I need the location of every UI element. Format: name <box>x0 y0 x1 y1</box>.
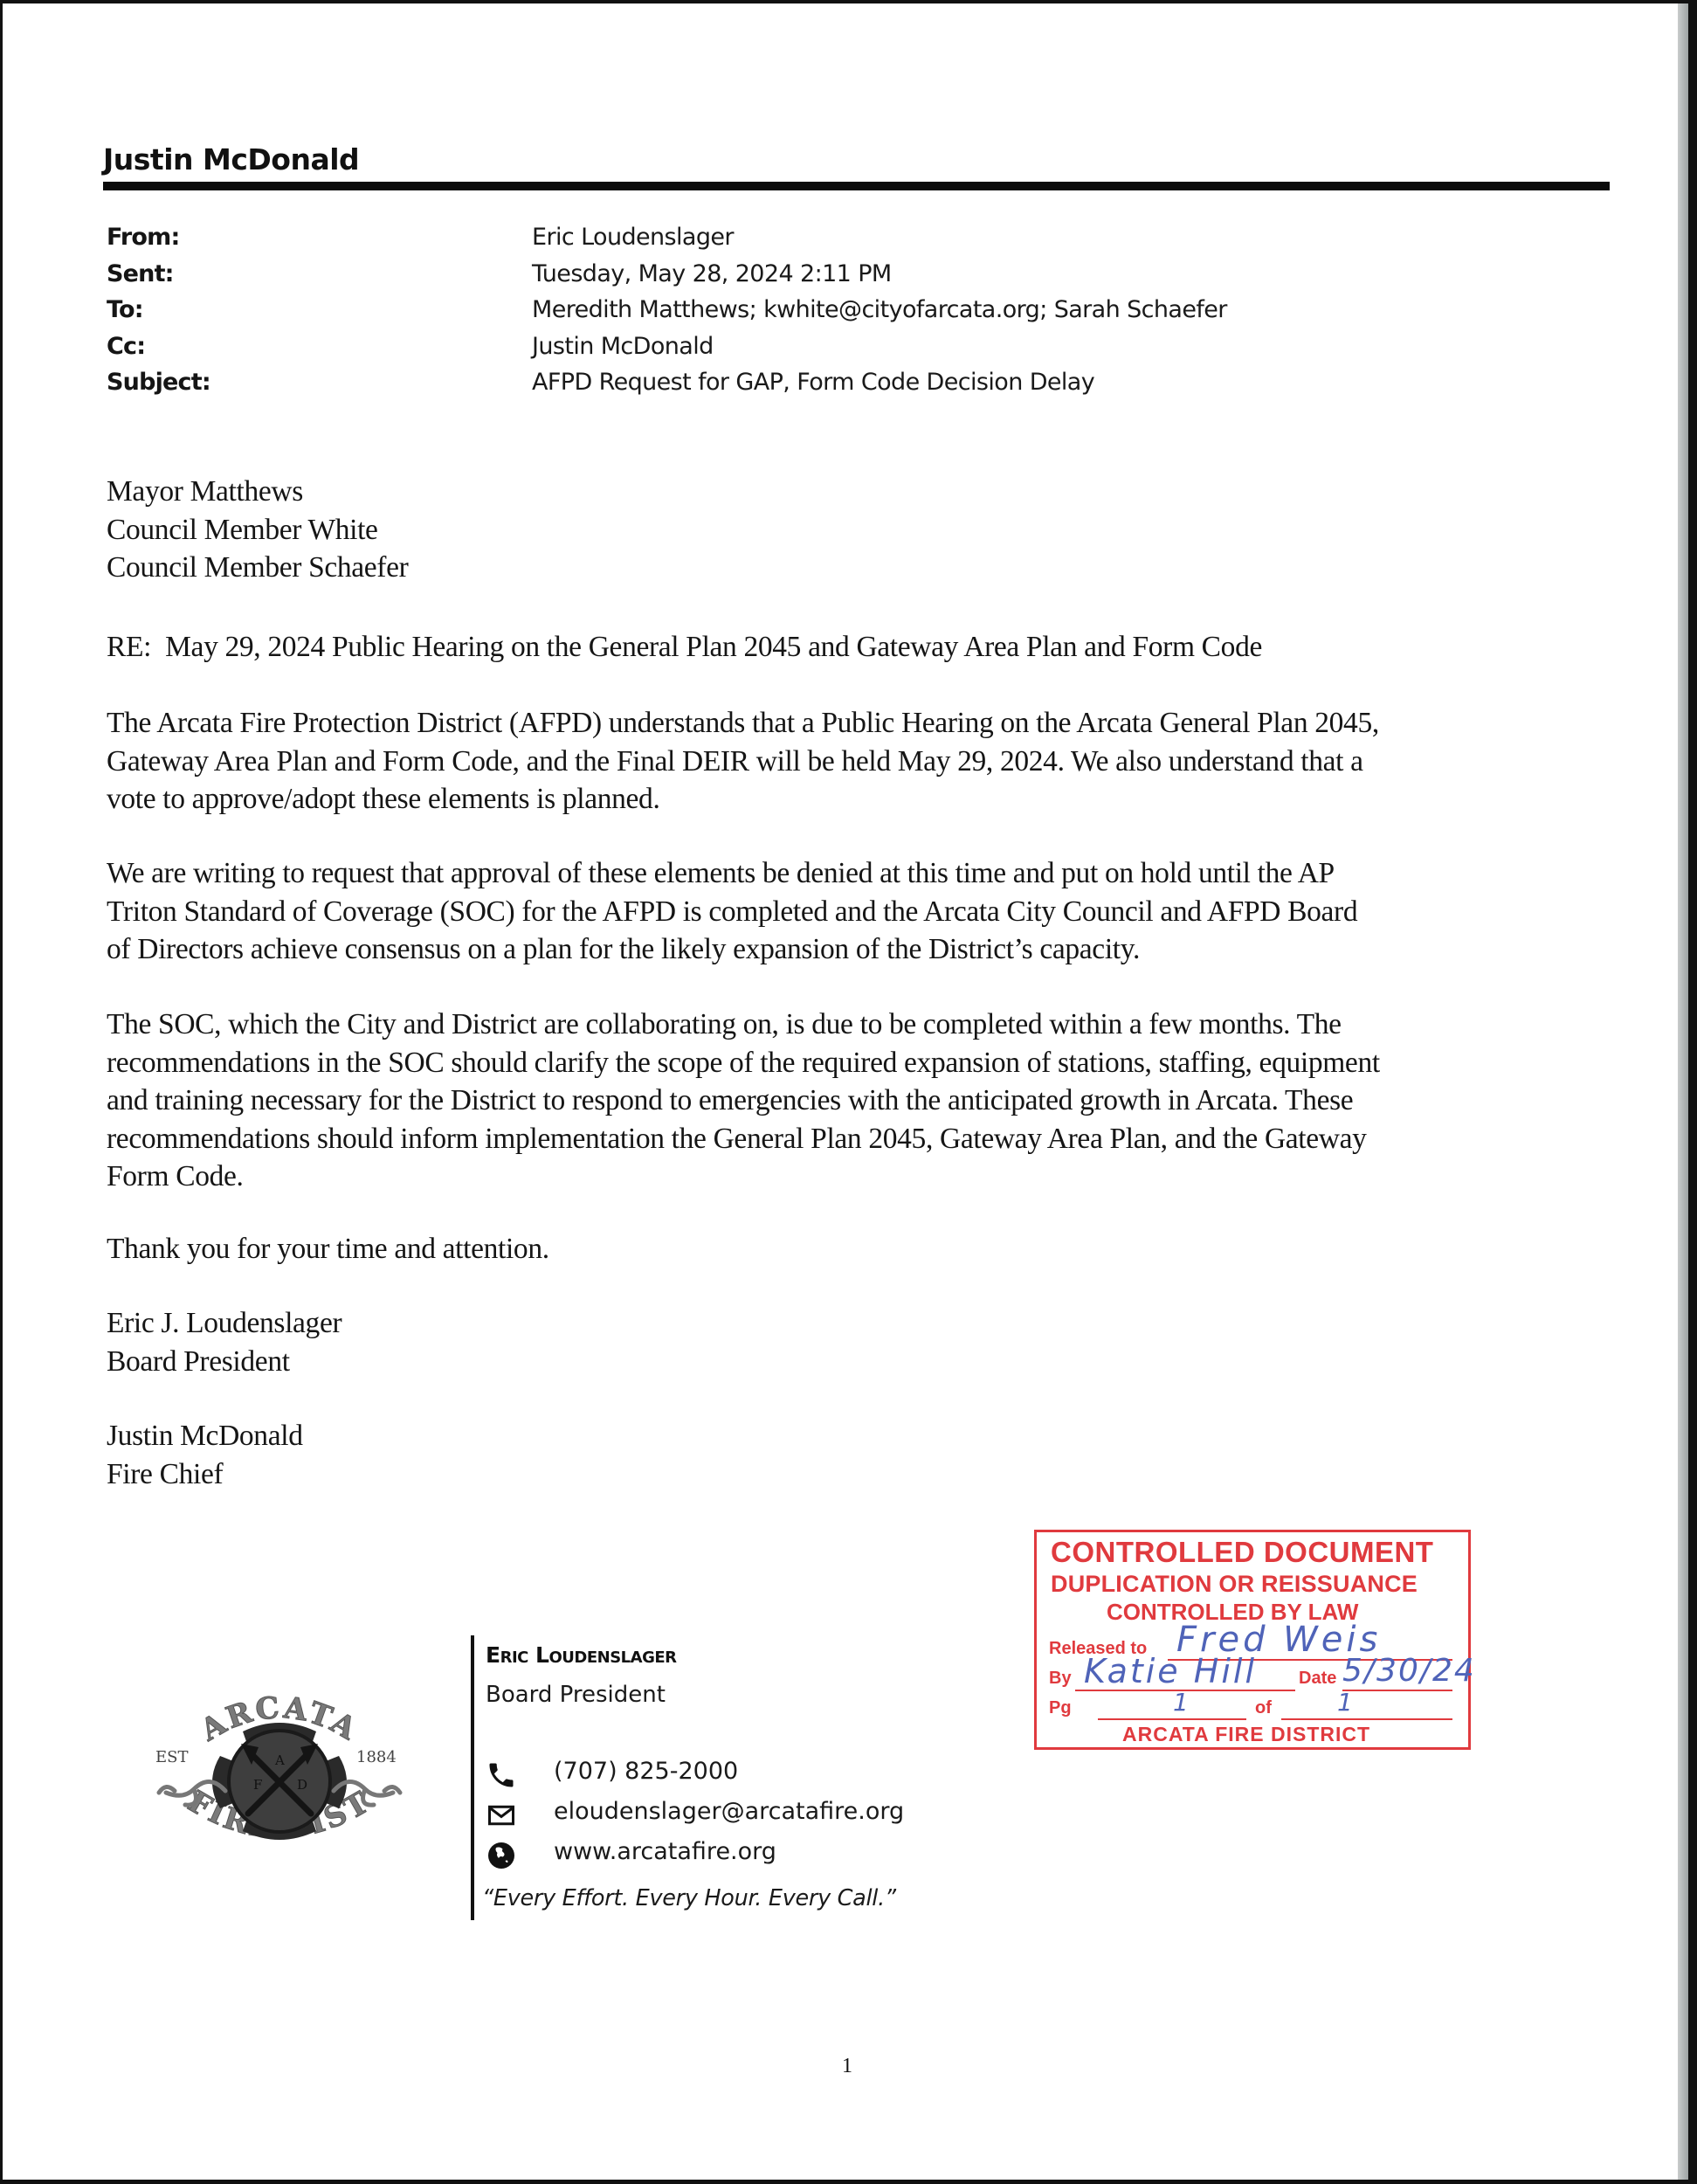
website-link[interactable]: www.arcatafire.org <box>554 1838 776 1865</box>
underline <box>1098 1718 1246 1720</box>
body-paragraph: The SOC, which the City and District are… <box>107 1006 1618 1196</box>
signature-card-name: Eric Loudenslager <box>486 1642 677 1668</box>
date-handwriting: 5/30/24 <box>1342 1653 1476 1689</box>
recipient-line: Council Member Schaefer <box>107 549 1618 587</box>
from-value: Eric Loudenslager <box>532 224 734 251</box>
page-label: Pg <box>1049 1698 1072 1718</box>
phone-number: (707) 825-2000 <box>554 1758 738 1785</box>
underline <box>1281 1718 1452 1720</box>
header-divider <box>103 182 1610 190</box>
envelope-icon <box>486 1800 517 1831</box>
field-label: Subject: <box>107 369 210 396</box>
email-link[interactable]: eloudenslager@arcatafire.org <box>554 1798 904 1825</box>
scan-border <box>1688 0 1697 2184</box>
globe-icon <box>486 1840 517 1871</box>
scan-edge <box>1678 3 1688 2180</box>
underline <box>1342 1690 1452 1691</box>
page-handwriting: 1 <box>1173 1688 1189 1717</box>
phone-icon <box>486 1759 517 1791</box>
field-label: From: <box>107 224 180 251</box>
signatory-name: Eric J. Loudenslager <box>107 1304 1618 1343</box>
subject-value: AFPD Request for GAP, Form Code Decision… <box>532 369 1094 396</box>
recipient-line: Council Member White <box>107 511 1618 549</box>
signatory-block: Justin McDonald Fire Chief <box>107 1417 1618 1493</box>
re-line: RE: May 29, 2024 Public Hearing on the G… <box>107 628 1618 667</box>
signatory-block: Eric J. Loudenslager Board President <box>107 1304 1618 1380</box>
logo-est-text: EST <box>155 1748 188 1766</box>
salutation-block: Mayor Matthews Council Member White Coun… <box>107 473 1618 587</box>
controlled-document-stamp: CONTROLLED DOCUMENT DUPLICATION OR REISS… <box>1034 1530 1471 1750</box>
sent-value: Tuesday, May 28, 2024 2:11 PM <box>532 260 892 287</box>
by-label: By <box>1049 1669 1072 1689</box>
of-label: of <box>1255 1698 1272 1718</box>
svg-text:F: F <box>253 1777 262 1793</box>
date-label: Date <box>1299 1669 1336 1689</box>
by-handwriting: Katie Hill <box>1084 1652 1257 1690</box>
signatory-title: Board President <box>107 1343 1618 1381</box>
cc-value: Justin McDonald <box>532 333 714 360</box>
closing-line: Thank you for your time and attention. <box>107 1230 1618 1268</box>
svg-text:A: A <box>274 1752 285 1768</box>
signature-tagline: “Every Effort. Every Hour. Every Call.” <box>482 1885 896 1911</box>
field-label: Cc: <box>107 333 145 360</box>
stamp-footer: ARCATA FIRE DISTRICT <box>1122 1723 1370 1746</box>
signatory-title: Fire Chief <box>107 1455 1618 1494</box>
field-label: Sent: <box>107 260 174 287</box>
page-number: 1 <box>842 2055 852 2078</box>
signatory-name: Justin McDonald <box>107 1417 1618 1455</box>
stamp-title: CONTROLLED DOCUMENT <box>1051 1536 1433 1569</box>
field-label: To: <box>107 296 143 323</box>
body-paragraph: We are writing to request that approval … <box>107 854 1618 969</box>
stamp-subtitle: DUPLICATION OR REISSUANCE <box>1051 1571 1418 1598</box>
logo-year-text: 1884 <box>356 1748 397 1766</box>
recipient-line: Mayor Matthews <box>107 473 1618 511</box>
of-handwriting: 1 <box>1337 1688 1353 1717</box>
arcata-fire-district-logo: ARCATA FIRE DIST EST 1884 A F D <box>140 1660 419 1878</box>
body-paragraph: The Arcata Fire Protection District (AFP… <box>107 704 1618 819</box>
mailbox-owner-name: Justin McDonald <box>103 142 359 176</box>
signature-card-title: Board President <box>486 1682 666 1708</box>
svg-text:D: D <box>297 1777 307 1793</box>
to-value: Meredith Matthews; kwhite@cityofarcata.o… <box>532 296 1227 323</box>
signature-divider <box>471 1635 474 1920</box>
